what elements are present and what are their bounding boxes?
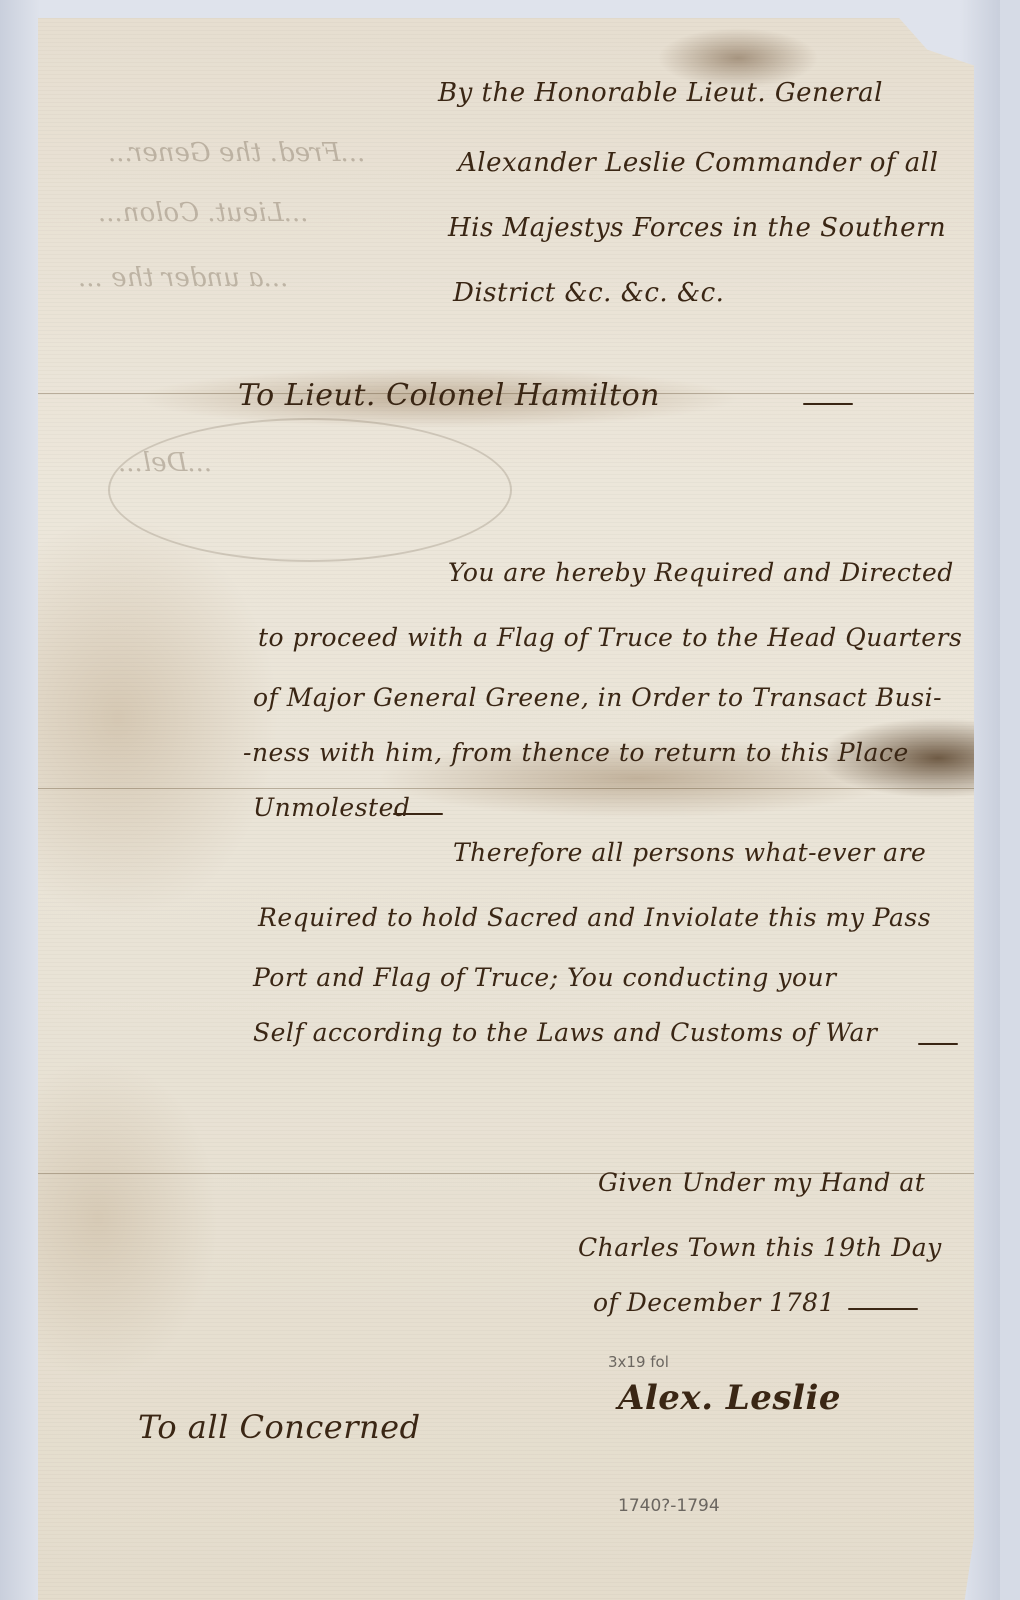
- closing-address: To all Concerned: [138, 1408, 421, 1446]
- dateline-line: of December 1781: [593, 1288, 835, 1317]
- line-flourish: [918, 1043, 958, 1045]
- bleed-through-text: ...a under the ...: [78, 263, 288, 293]
- fold-line: [38, 788, 974, 789]
- body-line: Therefore all persons what-ever are: [453, 838, 926, 867]
- line-flourish: [848, 1308, 918, 1310]
- signature: Alex. Leslie: [618, 1378, 841, 1418]
- body-line: Unmolested: [253, 793, 410, 822]
- body-line: You are hereby Required and Directed: [448, 558, 954, 587]
- pencil-note: 1740?-1794: [618, 1496, 720, 1516]
- header-line: Alexander Leslie Commander of all: [458, 148, 938, 178]
- addressee: To Lieut. Colonel Hamilton: [238, 378, 660, 413]
- body-line: of Major General Greene, in Order to Tra…: [253, 683, 942, 712]
- bleed-through-text: ...Del...: [118, 448, 212, 478]
- body-line: Self according to the Laws and Customs o…: [253, 1018, 877, 1047]
- header-line: By the Honorable Lieut. General: [438, 78, 883, 108]
- bleed-through-text: ...Fred. the Gener...: [108, 138, 365, 168]
- header-line: District &c. &c. &c.: [453, 278, 724, 308]
- manuscript-page: ...Fred. the Gener... ...Lieut. Colon...…: [38, 18, 974, 1600]
- body-line: Required to hold Sacred and Inviolate th…: [258, 903, 931, 932]
- body-line: -ness with him, from thence to return to…: [243, 738, 909, 767]
- header-line: His Majestys Forces in the Southern: [448, 213, 946, 243]
- dateline-line: Given Under my Hand at: [598, 1168, 925, 1197]
- body-line: Port and Flag of Truce; You conducting y…: [253, 963, 837, 992]
- body-line: to proceed with a Flag of Truce to the H…: [258, 623, 962, 652]
- bleed-through-seal: [108, 418, 512, 562]
- pencil-note: 3x19 fol: [608, 1353, 669, 1371]
- line-flourish: [393, 813, 443, 815]
- dateline-line: Charles Town this 19th Day: [578, 1233, 942, 1262]
- bleed-through-text: ...Lieut. Colon...: [98, 198, 309, 228]
- line-flourish: [803, 403, 853, 405]
